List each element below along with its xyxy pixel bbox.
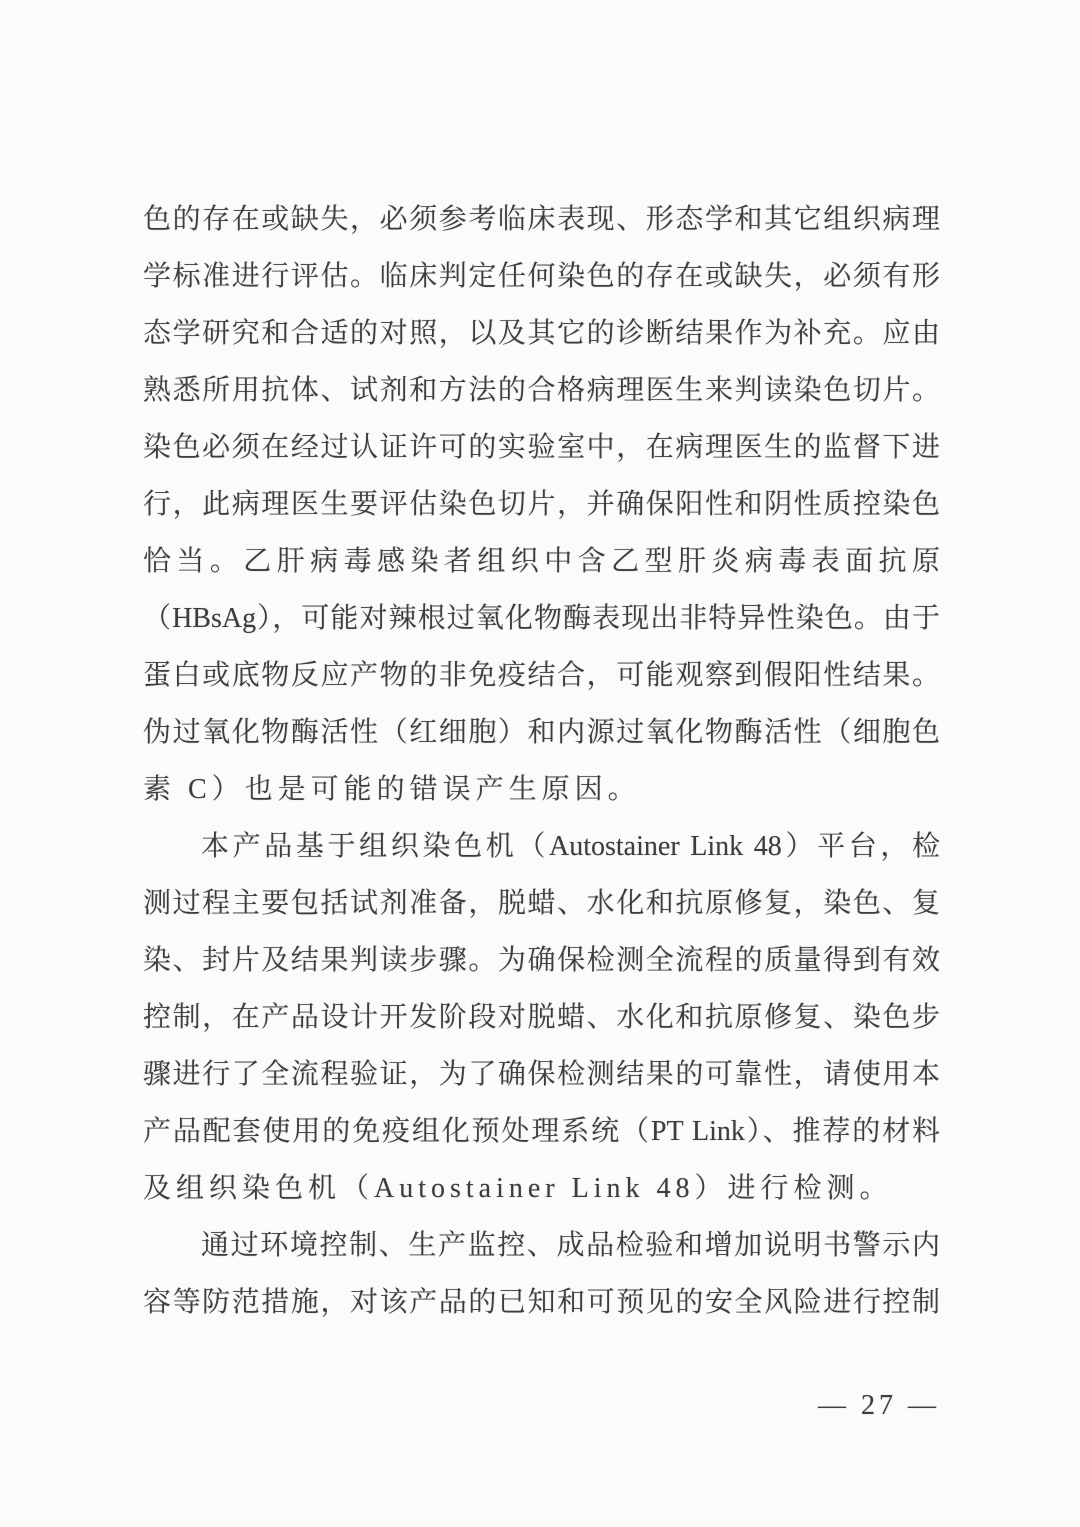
text-line: 骤进行了全流程验证，为了确保检测结果的可靠性，请使用本 (143, 1046, 940, 1103)
paragraph: 色的存在或缺失，必须参考临床表现、形态学和其它组织病理学标准进行评估。临床判定任… (143, 191, 940, 818)
text-line: 熟悉所用抗体、试剂和方法的合格病理医生来判读染色切片。 (143, 362, 940, 419)
text-line: 行，此病理医生要评估染色切片，并确保阳性和阴性质控染色 (143, 476, 940, 533)
text-line: 染色必须在经过认证许可的实验室中，在病理医生的监督下进 (143, 419, 940, 476)
text-line: 通过环境控制、生产监控、成品检验和增加说明书警示内 (143, 1217, 940, 1274)
text-line: 伪过氧化物酶活性（红细胞）和内源过氧化物酶活性（细胞色 (143, 704, 940, 761)
text-line: 学标准进行评估。临床判定任何染色的存在或缺失，必须有形 (143, 248, 940, 305)
text-line: 恰当。乙肝病毒感染者组织中含乙型肝炎病毒表面抗原 (143, 533, 940, 590)
text-line: 蛋白或底物反应产物的非免疫结合，可能观察到假阳性结果。 (143, 647, 940, 704)
paragraph: 通过环境控制、生产监控、成品检验和增加说明书警示内容等防范措施，对该产品的已知和… (143, 1217, 940, 1331)
text-line: 控制，在产品设计开发阶段对脱蜡、水化和抗原修复、染色步 (143, 989, 940, 1046)
text-line: 产品配套使用的免疫组化预处理系统（PT Link）、推荐的材料 (143, 1103, 940, 1160)
text-line: 本产品基于组织染色机（Autostainer Link 48）平台，检 (143, 818, 940, 875)
text-line: 测过程主要包括试剂准备，脱蜡、水化和抗原修复，染色、复 (143, 875, 940, 932)
document-page: 色的存在或缺失，必须参考临床表现、形态学和其它组织病理学标准进行评估。临床判定任… (0, 0, 1080, 1527)
page-number: — 27 — (818, 1390, 940, 1422)
text-line: 素 C）也是可能的错误产生原因。 (143, 761, 940, 818)
text-line: 色的存在或缺失，必须参考临床表现、形态学和其它组织病理 (143, 191, 940, 248)
page-body: 色的存在或缺失，必须参考临床表现、形态学和其它组织病理学标准进行评估。临床判定任… (143, 191, 940, 1331)
paragraph: 本产品基于组织染色机（Autostainer Link 48）平台，检测过程主要… (143, 818, 940, 1217)
text-line: 容等防范措施，对该产品的已知和可预见的安全风险进行控制 (143, 1274, 940, 1331)
text-line: （HBsAg），可能对辣根过氧化物酶表现出非特异性染色。由于 (143, 590, 940, 647)
text-line: 态学研究和合适的对照，以及其它的诊断结果作为补充。应由 (143, 305, 940, 362)
text-line: 染、封片及结果判读步骤。为确保检测全流程的质量得到有效 (143, 932, 940, 989)
text-line: 及组织染色机（Autostainer Link 48）进行检测。 (143, 1160, 940, 1217)
